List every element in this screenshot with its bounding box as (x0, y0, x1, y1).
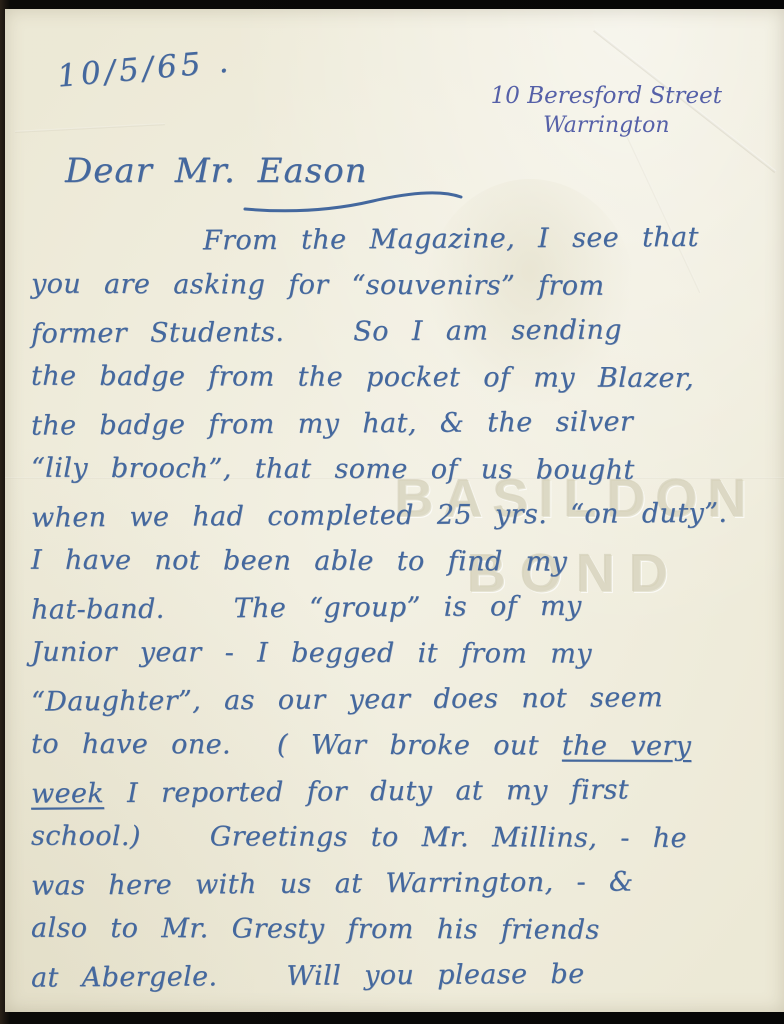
salutation: Dear Mr. Eason (65, 151, 368, 191)
letter-line: at Abergele. Will you please be (31, 950, 779, 1001)
letter-line: Junior year - I begged it from my (31, 630, 779, 679)
letter-line: week I reported for duty at my first (31, 766, 779, 817)
letterhead-town: Warrington (491, 111, 722, 141)
letter-line: the badge from the pocket of my Blazer, (31, 354, 779, 403)
letter-line: I have not been able to find my (31, 538, 779, 587)
letter-line: the badge from my hat, & the silver (31, 398, 779, 449)
letter-paper: BASILDON BOND 10/5/65 . 10 Beresford Str… (5, 9, 784, 1012)
letter-date: 10/5/65 . (56, 43, 234, 94)
letterhead-street: 10 Beresford Street (491, 81, 722, 111)
letterhead: 10 Beresford Street Warrington (491, 81, 722, 141)
paper-crease (15, 123, 165, 133)
letter-line: From the Magazine, I see that (31, 214, 779, 265)
letter-line: when we had completed 25 yrs. “on duty”. (31, 490, 779, 541)
letter-body: From the Magazine, I see thatyou are ask… (31, 217, 779, 999)
letter-line: “lily brooch”, that some of us bought (31, 446, 779, 495)
letter-line: former Students. So I am sending (31, 306, 779, 357)
letter-line: school.) Greetings to Mr. Millins, - he (31, 814, 779, 863)
letter-line: also to Mr. Gresty from his friends (31, 906, 779, 955)
letter-line: hat-band. The “group” is of my (31, 582, 779, 633)
scan-background: BASILDON BOND 10/5/65 . 10 Beresford Str… (0, 0, 784, 1024)
letter-line: was here with us at Warrington, - & (31, 858, 779, 909)
letter-line: “Daughter”, as our year does not seem (31, 674, 779, 725)
letter-line: to have one. ( War broke out the very (31, 722, 779, 771)
letter-line: you are asking for “souvenirs” from (31, 262, 779, 311)
salutation-flourish (243, 191, 463, 217)
